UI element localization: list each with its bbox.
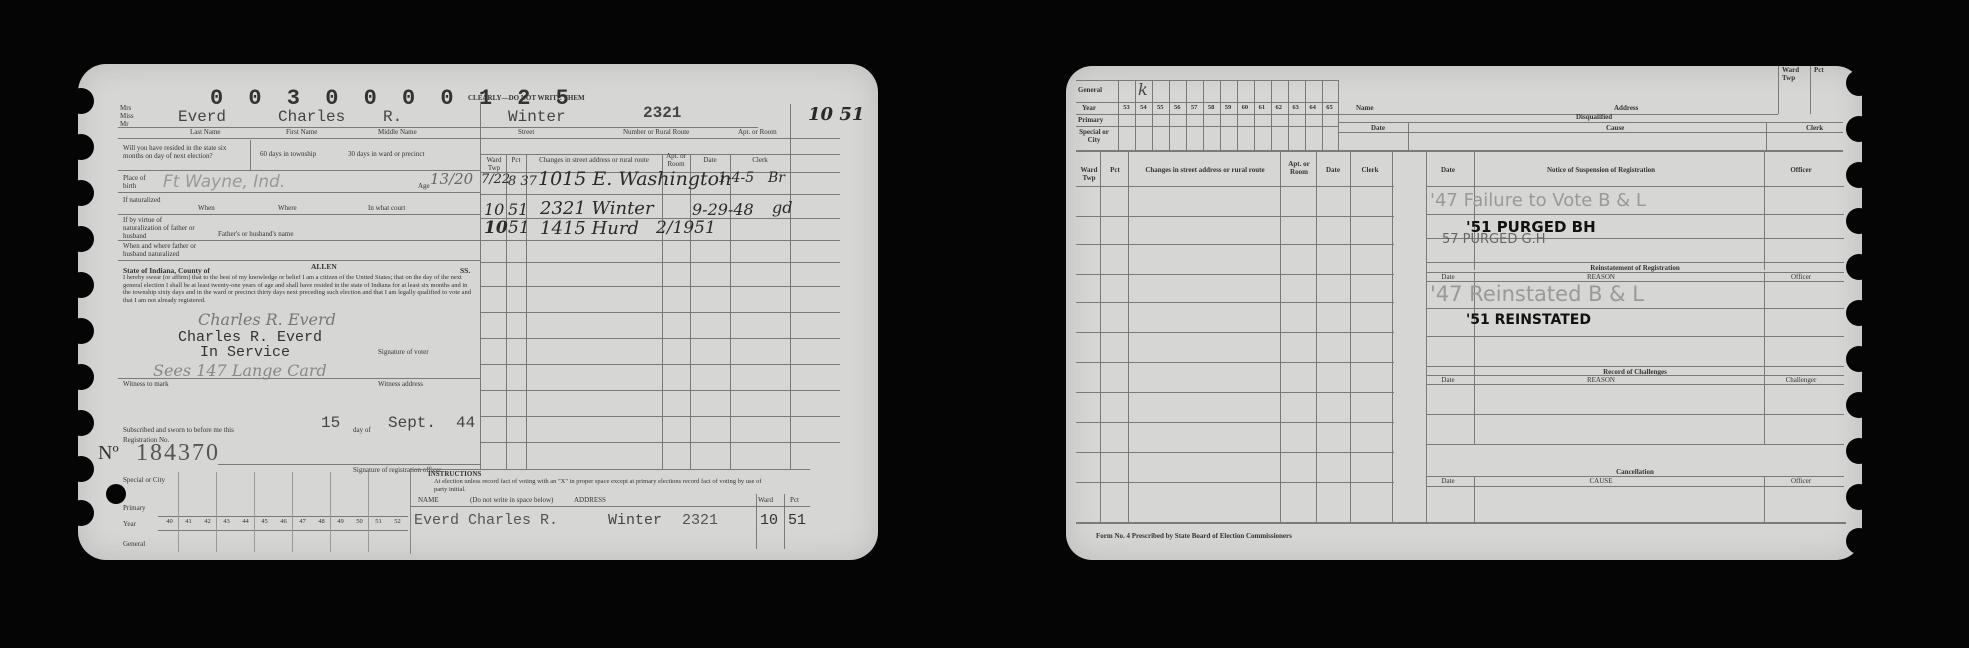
punch-hole — [68, 456, 94, 482]
header-instruction: CLEARLY—DO NOT WRITE THEM — [468, 94, 585, 102]
label-birthplace: Place of birth — [123, 174, 153, 190]
back-label-primary: Primary — [1078, 116, 1103, 124]
label-virtue-naturalization: If by virtue of naturalization of father… — [123, 216, 198, 240]
row2-ward: 10 — [484, 200, 504, 219]
residency-question: Will you have resided in the state six m… — [123, 144, 238, 160]
punch-hole — [1846, 484, 1872, 510]
strip-street: Winter — [608, 512, 662, 529]
reinst-header-officer: Officer — [1766, 273, 1836, 281]
punch-hole — [1846, 254, 1872, 280]
sworn-year: 44 — [456, 414, 475, 432]
reinstatement-title: Reinstatement of Registration — [1426, 264, 1844, 272]
back-header-pct: Pct — [1102, 166, 1128, 174]
label-naturalized: If naturalized — [123, 196, 183, 204]
punch-hole — [68, 226, 94, 252]
label-age: Age — [418, 182, 430, 190]
punch-hole — [68, 88, 94, 114]
grid-label-primary: Primary — [123, 504, 146, 512]
header-clerk: Clerk — [730, 156, 790, 164]
back-label-pct: Pct — [1814, 66, 1824, 74]
service-note: In Service — [200, 344, 290, 361]
birthplace-value: Ft Wayne, Ind. — [163, 172, 285, 192]
back-label-cause: Cause — [1606, 124, 1624, 132]
row1-pct: 8 37 — [508, 174, 537, 189]
back-label-name: Name — [1356, 104, 1374, 112]
county-name: ALLEN — [311, 262, 337, 271]
strip-label-ward: Ward — [758, 496, 773, 504]
label-day-of: day of — [353, 426, 371, 434]
strip-name: Everd Charles R. — [414, 512, 558, 529]
first-name: Charles — [278, 108, 345, 126]
back-header-changes: Changes in street address or rural route — [1130, 166, 1280, 174]
susp-header-officer: Officer — [1766, 166, 1836, 174]
punch-hole — [1846, 162, 1872, 188]
header-pct: Pct — [506, 156, 526, 164]
strip-ward: 10 — [760, 512, 778, 529]
susp-header-date: Date — [1428, 166, 1468, 174]
punch-hole — [1846, 528, 1872, 554]
grid-label-year: Year — [123, 520, 136, 528]
susp-header-notice: Notice of Suspension of Registration — [1476, 166, 1726, 174]
label-father-naturalized: When and where father or husband natural… — [123, 242, 213, 258]
punch-hole — [68, 272, 94, 298]
header-changes: Changes in street address or rural route — [526, 156, 662, 164]
cancellation-title: Cancellation — [1426, 468, 1844, 476]
back-header-apt: Apt. or Room — [1282, 160, 1316, 176]
ward-pct-handwritten: 10 51 — [808, 104, 864, 125]
row1-clerk: Br — [768, 170, 785, 186]
strip-label-note: (Do not write in space below) — [470, 496, 553, 504]
suspension-entry-57: 57 PURGED G.H — [1442, 232, 1545, 247]
form-footer: Form No. 4 Prescribed by State Board of … — [1096, 532, 1292, 540]
punch-hole — [1846, 70, 1872, 96]
cancel-header-date: Date — [1428, 477, 1468, 485]
back-label-clerk: Clerk — [1806, 124, 1823, 132]
back-label-ward: Ward Twp — [1782, 66, 1810, 82]
back-label-disqualified: Disqualified — [1576, 113, 1612, 121]
grid-year-row: 40 41 42 43 44 45 46 47 48 49 50 51 52 — [160, 518, 410, 530]
reinst-header-reason: REASON — [1476, 273, 1726, 281]
label-apt: Apt. or Room — [738, 128, 777, 136]
registration-card-front: 0 0 3 0 0 0 0 1 2 5 CLEARLY—DO NOT WRITE… — [78, 64, 878, 560]
street-name: Winter — [508, 108, 566, 126]
label-first-name: First Name — [286, 128, 317, 136]
suspension-entry-47: '47 Failure to Vote B & L — [1430, 190, 1646, 211]
voter-signature: Charles R. Everd — [198, 310, 336, 329]
label-witness: Witness to mark — [123, 380, 169, 388]
row1-ward: 7/22 — [481, 172, 510, 187]
header-ward: Ward Twp — [482, 156, 506, 172]
challenges-header-date: Date — [1428, 376, 1468, 384]
reinst-header-date: Date — [1428, 273, 1468, 281]
label-where: Where — [278, 204, 297, 212]
row3-pct: 51 — [508, 218, 530, 238]
ward-question: 30 days in ward or precinct — [348, 150, 428, 158]
challenges-header-challenger: Challenger — [1766, 376, 1836, 384]
label-number: Number or Rural Route — [623, 128, 689, 136]
punch-hole — [68, 180, 94, 206]
strip-label-name: NAME — [418, 496, 439, 504]
number-symbol: Nº — [98, 442, 119, 465]
punch-hole — [68, 410, 94, 436]
cancel-header-cause: CAUSE — [1476, 477, 1726, 485]
back-label-special: Special or City — [1076, 128, 1112, 144]
header-apt: Apt. or Room — [662, 152, 690, 168]
punch-hole — [1846, 438, 1872, 464]
oath-text: I hereby swear (or affirm) that to the b… — [123, 274, 473, 304]
punch-hole — [1846, 208, 1872, 234]
sworn-day: 15 — [321, 414, 340, 432]
strip-label-pct: Pct — [790, 496, 799, 504]
punch-hole — [68, 134, 94, 160]
label-father-name: Father's or husband's name — [218, 230, 293, 238]
township-question: 60 days in township — [260, 150, 330, 158]
grid-label-special: Special or City — [123, 476, 165, 484]
sworn-month: Sept. — [388, 414, 436, 432]
registration-number: 184370 — [136, 440, 220, 467]
instructions-title: INSTRUCTIONS — [428, 470, 481, 478]
reinstatement-entry-51: '51 REINSTATED — [1466, 312, 1591, 328]
label-middle-name: Middle Name — [378, 128, 417, 136]
label-last-name: Last Name — [190, 128, 221, 136]
label-when: When — [198, 204, 215, 212]
strip-label-address: ADDRESS — [574, 496, 606, 504]
back-label-year: Year — [1082, 104, 1096, 112]
label-sworn: Subscribed and sworn to before me this — [123, 426, 234, 434]
reinstatement-entry-47: '47 Reinstated B & L — [1430, 282, 1644, 306]
label-street: Street — [518, 128, 534, 136]
row2-address: 2321 Winter — [540, 198, 654, 219]
last-name: Everd — [178, 108, 226, 126]
label-court: In what court — [368, 204, 405, 212]
general-mark: k — [1138, 80, 1148, 99]
cancel-header-officer: Officer — [1766, 477, 1836, 485]
punch-hole — [1846, 116, 1872, 142]
title-prefix: MrsMissMr — [120, 104, 140, 128]
strip-number: 2321 — [682, 512, 718, 529]
row3-date: 2/1951 — [656, 218, 716, 238]
header-date: Date — [690, 156, 730, 164]
row2-pct: 51 — [508, 200, 528, 219]
age-value: 13/20 — [430, 170, 473, 188]
back-label-address: Address — [1614, 104, 1638, 112]
punch-hole — [1846, 392, 1872, 418]
punch-hole — [68, 500, 94, 526]
strip-pct: 51 — [788, 512, 806, 529]
back-header-ward: Ward Twp — [1078, 166, 1100, 182]
back-label-date: Date — [1371, 124, 1385, 132]
back-header-date: Date — [1318, 166, 1348, 174]
house-number: 2321 — [643, 104, 681, 122]
row2-date: 9-29-48 — [692, 200, 754, 219]
punch-hole — [1846, 346, 1872, 372]
registration-card-back: General Year Primary Special or City 53 … — [1066, 66, 1862, 560]
challenges-header-reason: REASON — [1476, 376, 1726, 384]
row1-address: 1015 E. Washington — [538, 168, 731, 190]
row3-address: 1415 Hurd — [540, 218, 639, 239]
label-witness-address: Witness address — [378, 380, 423, 388]
back-label-general: General — [1078, 86, 1102, 94]
row2-clerk: gd — [772, 198, 792, 217]
row3-ward: 10 — [484, 218, 508, 238]
punch-hole — [68, 318, 94, 344]
label-signature: Signature of voter — [378, 348, 429, 356]
punch-hole-small — [106, 484, 126, 504]
back-header-clerk: Clerk — [1350, 166, 1390, 174]
middle-name: R. — [383, 108, 402, 126]
punch-hole — [1846, 300, 1872, 326]
punch-hole — [68, 364, 94, 390]
row1-date: 1-4-5 — [718, 170, 754, 186]
instructions-text: At election unless record fact of voting… — [434, 478, 774, 494]
grid-label-general: General — [123, 540, 145, 548]
